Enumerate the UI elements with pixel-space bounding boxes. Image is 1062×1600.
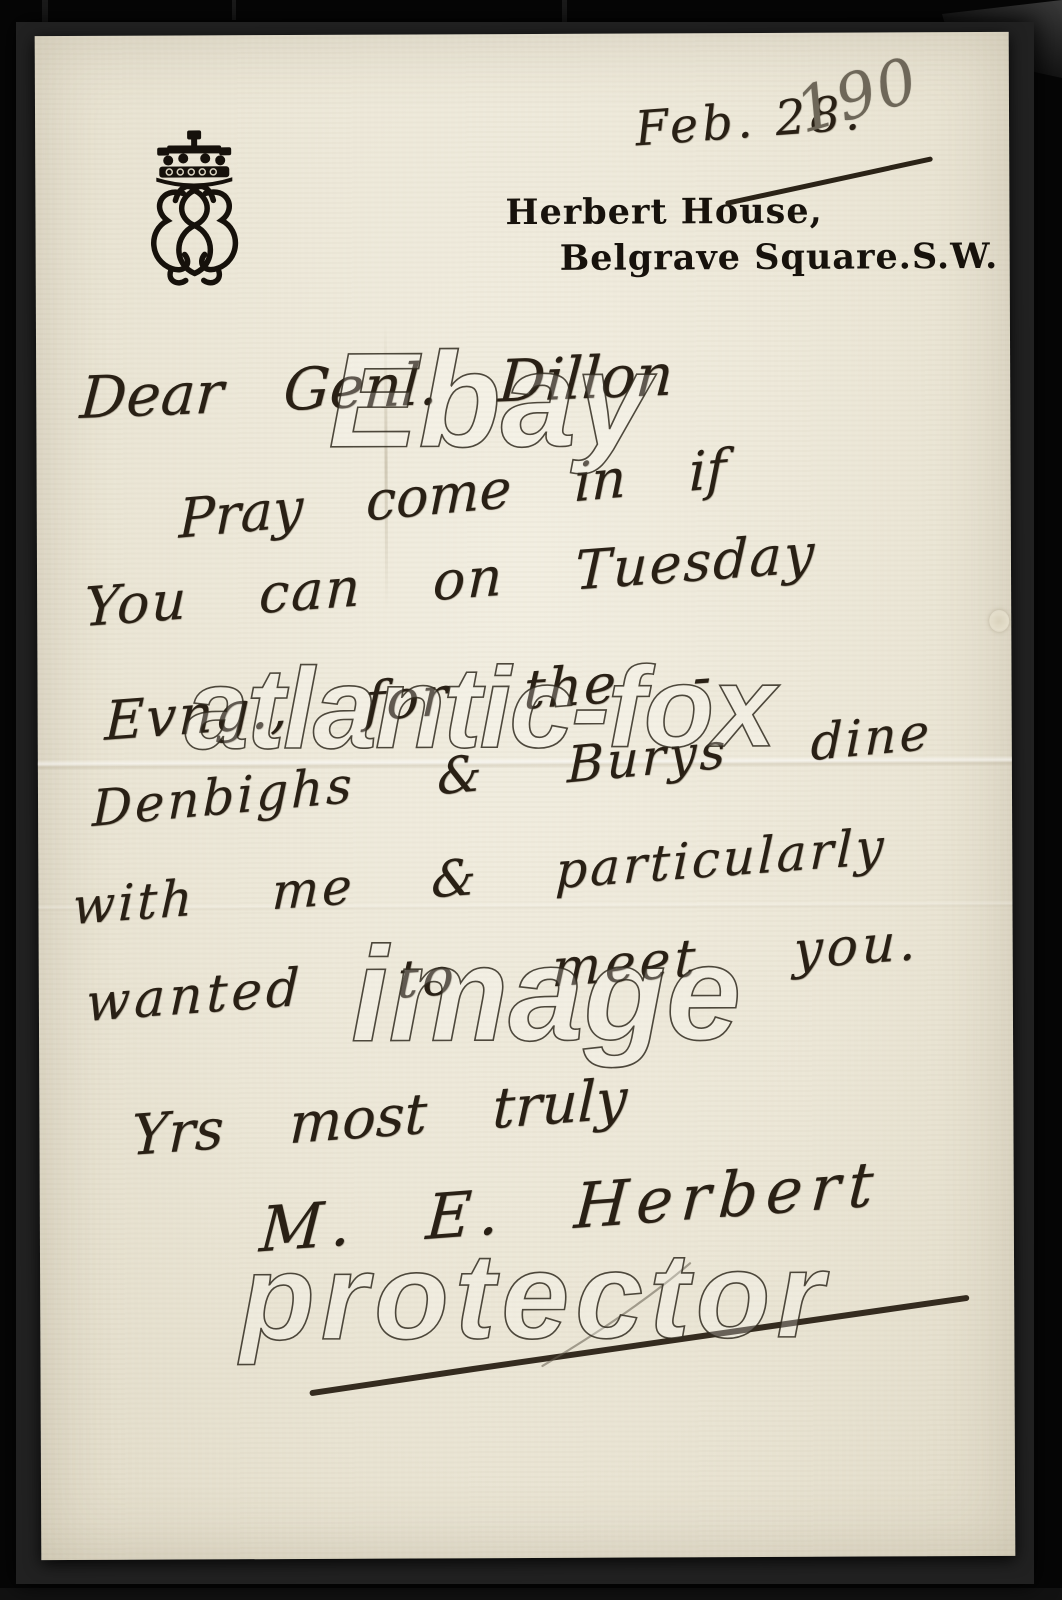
pencil-year-annotation: 190 bbox=[787, 43, 927, 148]
photo-edge-mark bbox=[232, 0, 236, 20]
scanned-letter-photo: Herbert House, Belgrave Square.S.W. Feb.… bbox=[0, 0, 1062, 1600]
watermark-ebay: Ebay bbox=[328, 321, 651, 477]
photo-bottom-edge bbox=[0, 1588, 1062, 1600]
coronet-monogram-icon bbox=[139, 129, 250, 291]
closing-line: Yrs most truly bbox=[130, 1067, 628, 1169]
watermark-image: image bbox=[351, 915, 742, 1072]
photo-edge-mark bbox=[562, 0, 567, 24]
letterhead-house-name: Herbert House, bbox=[505, 191, 823, 233]
date-underline-stroke bbox=[725, 156, 933, 206]
letter-paper: Herbert House, Belgrave Square.S.W. Feb.… bbox=[35, 32, 1016, 1560]
watermark-protector: protector bbox=[240, 1225, 830, 1368]
paper-stain bbox=[989, 610, 1009, 632]
watermark-atlantic-fox: atlantic-fox bbox=[184, 641, 774, 776]
letterhead-address: Belgrave Square.S.W. bbox=[560, 236, 999, 279]
